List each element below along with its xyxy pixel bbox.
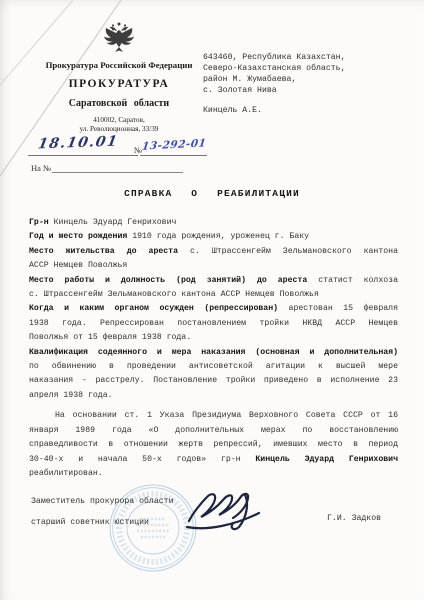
body-text: АССР Немцев Поволжья	[29, 261, 127, 270]
body-label-bold: Гр-н	[29, 218, 49, 227]
body-label-bold: Когда и каким органом осужден (репрессир…	[29, 304, 278, 313]
body-text: 1938 года. Репрессирован постановлением …	[29, 319, 398, 328]
body-text: статист колхоза	[307, 276, 398, 285]
number-underline	[140, 155, 207, 156]
recipient-line: 643460, Республика Казахстан,	[203, 52, 346, 63]
body-text: 30-40-х и начала 50-х годов» гр-н	[29, 455, 255, 464]
body-line: реабилитирован.	[29, 467, 398, 481]
org-name-caps: ПРОКУРАТУРА	[28, 78, 210, 90]
signatory-position-line2: старший советник юстиции	[31, 518, 149, 527]
body-line: с. Штрассенгейм Зельмановского кантона А…	[29, 288, 398, 302]
recipient-line: с. Золотая Нива	[203, 85, 346, 96]
document-body: Гр-н Кинцель Эдуард ГенриховичГод и мест…	[29, 216, 398, 481]
reference-number-label: На №	[31, 163, 51, 173]
body-line: наказания - расстрелу. Постановление тро…	[29, 374, 398, 388]
body-line: Место жительства до ареста с. Штрассенге…	[29, 245, 398, 259]
org-region: Саратовской области	[28, 98, 210, 109]
body-line: по обвинению в проведении антисоветской …	[29, 360, 398, 374]
body-text: Поволжья от 15 февраля 1938 года.	[29, 333, 191, 342]
body-label-bold: Место жительства до ареста	[29, 247, 178, 256]
handwritten-date: 18.10.01	[37, 134, 120, 153]
body-line: апреля 1938 года.	[29, 389, 398, 403]
reference-underline	[52, 172, 183, 173]
body-line: Квалификация содеянного и мера наказания…	[29, 346, 398, 360]
body-label-bold: Кинцель Эдуард Генрихович	[255, 455, 398, 464]
recipient-line: район М. Жумабаева,	[203, 74, 346, 85]
body-line: Поволжья от 15 февраля 1938 года.	[29, 331, 398, 345]
body-text: арестован 15 февраля	[278, 304, 398, 313]
body-text: реабилитирован.	[29, 469, 103, 478]
body-line: Гр-н Кинцель Эдуард Генрихович	[29, 216, 398, 230]
body-text: наказания - расстрелу. Постановление тро…	[29, 376, 398, 385]
signature-scrawl	[183, 483, 265, 537]
body-line: Место работы и должность (род занятий) д…	[29, 274, 398, 288]
date-underline	[28, 155, 138, 156]
signatory-name: Г.И. Задков	[327, 514, 381, 523]
recipient-address: 643460, Республика Казахстан, Северо-Каз…	[203, 52, 346, 116]
body-text: Кинцель Эдуард Генрихович	[49, 218, 177, 227]
body-text: 1910 года рождения, уроженец г. Баку	[127, 232, 309, 241]
org-address-line1: 410002, Саратов,	[28, 116, 210, 124]
body-line: АССР Немцев Поволжья	[29, 259, 398, 273]
recipient-line: Северо-Казахстанская область,	[203, 63, 346, 74]
body-label-bold: Место работы и должность (род занятий) д…	[29, 276, 307, 285]
body-line: 1938 года. Репрессирован постановлением …	[29, 317, 398, 331]
letterhead: Прокуратура Российской Федерации ПРОКУРА…	[28, 22, 210, 133]
org-name-full: Прокуратура Российской Федерации	[28, 60, 210, 70]
recipient-name: Кинцель А.Е.	[203, 105, 346, 116]
body-line: Год и место рождения 1910 года рождения,…	[29, 230, 398, 244]
body-line: января 1989 года «О дополнительных мерах…	[29, 424, 398, 438]
body-label-bold: Квалификация содеянного и мера наказания…	[29, 348, 398, 357]
handwritten-number: 13-292-01	[141, 137, 207, 152]
body-text: с. Штрассенгейм Зельмановского кантона	[178, 247, 398, 256]
body-text: справедливости в отношении жертв репресс…	[29, 440, 398, 449]
body-line: Когда и каким органом осужден (репрессир…	[29, 302, 398, 316]
org-address-line2: ул. Революционная, 33/39	[28, 125, 210, 133]
body-line: На основании ст. 1 Указа Президиума Верх…	[29, 409, 398, 423]
body-text: апреля 1938 года.	[29, 391, 113, 400]
body-text: с. Штрассенгейм Зельмановского кантона А…	[29, 290, 319, 299]
body-text: по обвинению в проведении антисоветской …	[29, 362, 398, 371]
coat-of-arms-icon	[28, 22, 210, 54]
body-text: января 1989 года «О дополнительных мерах…	[29, 426, 398, 435]
document-page: Прокуратура Российской Федерации ПРОКУРА…	[0, 0, 424, 600]
body-label-bold: Год и место рождения	[29, 232, 127, 241]
body-line: справедливости в отношении жертв репресс…	[29, 438, 398, 452]
body-text: На основании ст. 1 Указа Президиума Верх…	[55, 411, 398, 420]
document-title: СПРАВКА О РЕАБИЛИТАЦИИ	[0, 188, 424, 199]
signatory-position-line1: Заместитель прокурора области	[31, 497, 174, 506]
body-line: 30-40-х и начала 50-х годов» гр-н Кинцел…	[29, 453, 398, 467]
